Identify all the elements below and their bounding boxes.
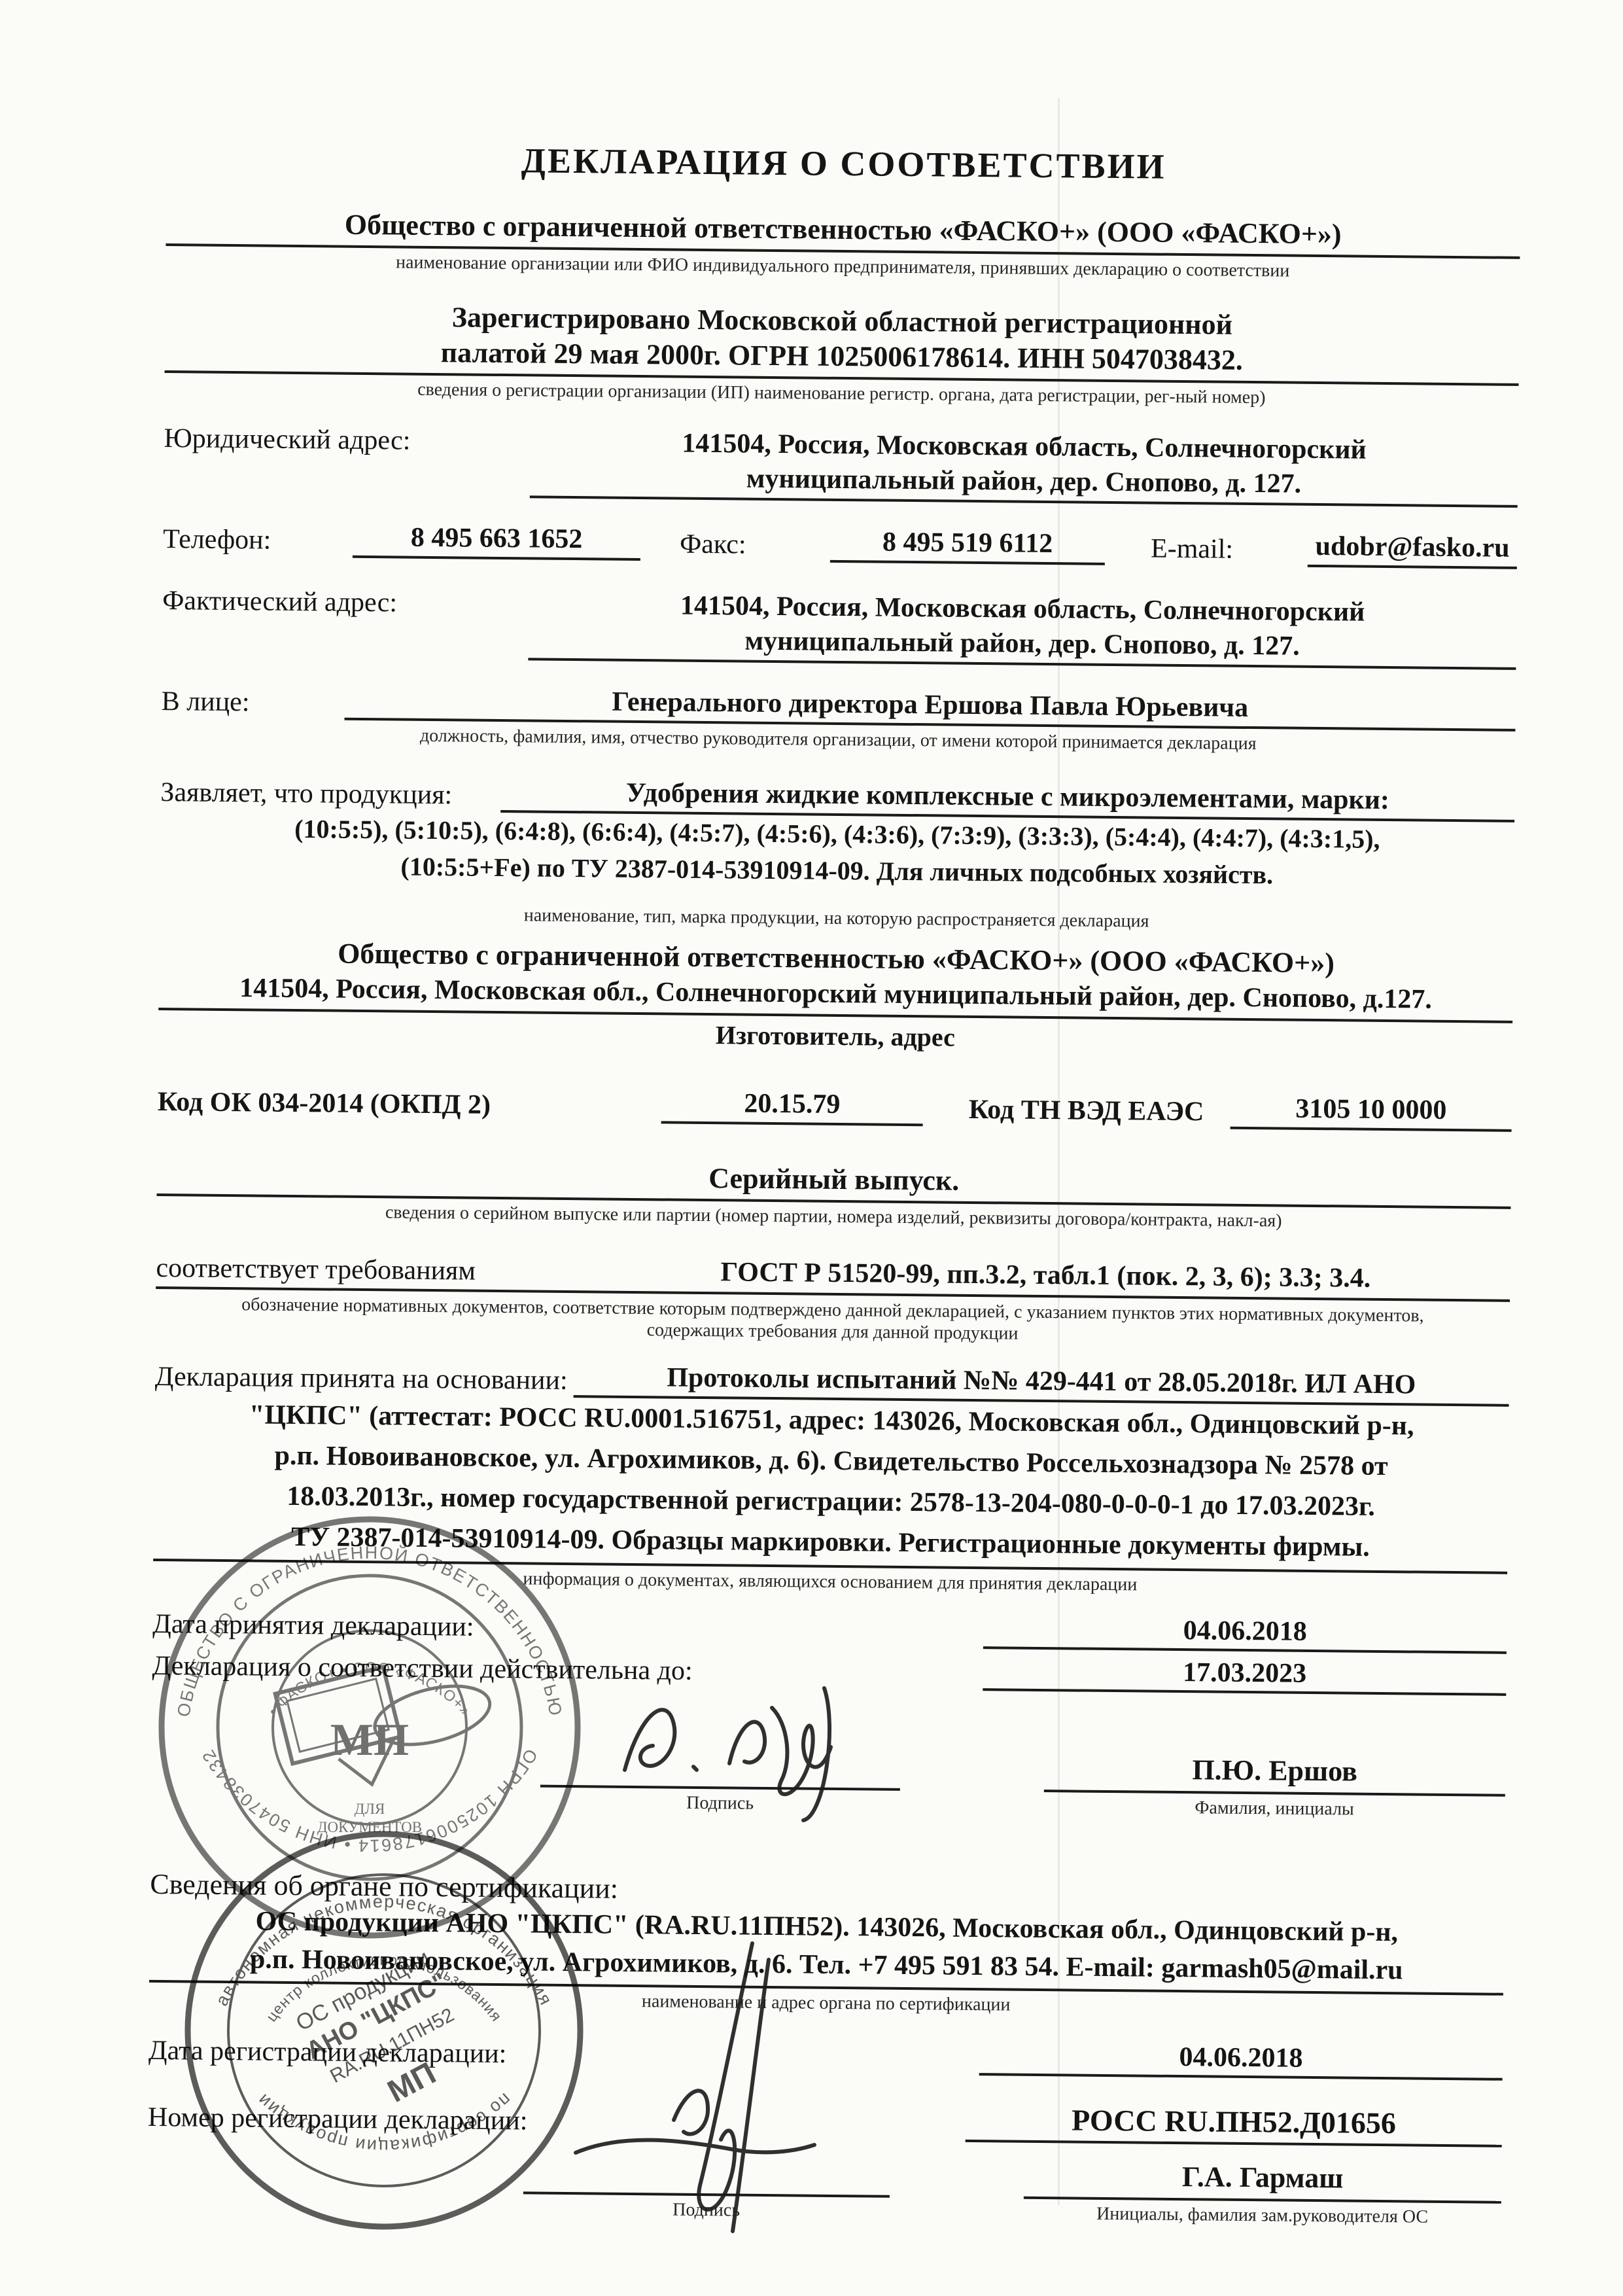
tnved-code-value: 3105 10 0000 xyxy=(1230,1091,1512,1132)
scanned-declaration-page: ДЕКЛАРАЦИЯ О СООТВЕТСТВИИ Общество с огр… xyxy=(0,0,1623,2296)
adoption-date-label: Дата принятия декларации: xyxy=(152,1607,474,1644)
fax-label: Факс: xyxy=(640,527,830,563)
legal-address-row: Юридический адрес: 141504, Россия, Моско… xyxy=(164,421,1518,508)
stamp1-space xyxy=(151,1809,540,1812)
registration-number-label: Номер регистрации декларации: xyxy=(148,2100,528,2138)
basis-label: Декларация принята на основании: xyxy=(155,1360,574,1398)
signature2-line xyxy=(523,2144,890,2197)
signature-block-1: Подпись П.Ю. Ершов Фамилия, инициалы xyxy=(151,1683,1507,1822)
stamp2-space xyxy=(147,2216,523,2219)
email-label: E-mail: xyxy=(1105,531,1308,567)
okpd-code-value: 20.15.79 xyxy=(661,1086,924,1126)
signature1-name: П.Ю. Ершов xyxy=(1044,1752,1506,1797)
requirements-label: соответствует требованиям xyxy=(156,1251,581,1289)
phone-label: Телефон: xyxy=(163,522,353,558)
name1-column: П.Ю. Ершов Фамилия, инициалы xyxy=(899,1750,1505,1822)
legal-address-label: Юридический адрес: xyxy=(164,421,530,459)
signature1-line xyxy=(540,1687,901,1791)
signature2-name: Г.А. Гармаш xyxy=(1024,2159,1502,2204)
serial-value: Серийный выпуск. xyxy=(157,1156,1511,1204)
product-label: Заявляет, что продукция: xyxy=(160,775,500,813)
actual-address-value: 141504, Россия, Московская область, Солн… xyxy=(528,587,1516,669)
actual-address-label: Фактический адрес: xyxy=(162,584,529,621)
registration-date-spacer xyxy=(506,2071,979,2075)
signature-block-2: Подпись Г.А. Гармаш Инициалы, фамилия за… xyxy=(147,2141,1502,2229)
registration-number-value: РОСС RU.ПН52.Д01656 xyxy=(966,2102,1503,2147)
adoption-date-row: Дата принятия декларации: 04.06.2018 xyxy=(152,1604,1507,1654)
actual-address-row: Фактический адрес: 141504, Россия, Моско… xyxy=(162,584,1516,670)
okpd-code-label: Код ОК 034-2014 (ОКПД 2) xyxy=(158,1085,661,1123)
valid-until-value: 17.03.2023 xyxy=(983,1654,1507,1696)
legal-address-value: 141504, Россия, Московская область, Солн… xyxy=(530,425,1518,507)
registration-number-spacer xyxy=(527,2138,966,2142)
registration-date-label: Дата регистрации декларации: xyxy=(148,2034,507,2071)
registration-date-value: 04.06.2018 xyxy=(979,2039,1503,2081)
representative-label: В лице: xyxy=(162,684,345,720)
signature1-caption: Подпись xyxy=(540,1791,899,1816)
name2-column: Г.А. Гармаш Инициалы, фамилия зам.руково… xyxy=(889,2157,1501,2229)
name2-box: Г.А. Гармаш Инициалы, фамилия зам.руково… xyxy=(1023,2159,1501,2229)
codes-row: Код ОК 034-2014 (ОКПД 2) 20.15.79 Код ТН… xyxy=(158,1081,1512,1132)
declarant-name: Общество с ограниченной ответственностью… xyxy=(166,205,1520,254)
signature1-column: Подпись xyxy=(540,1687,901,1816)
email-value: udobr@fasko.ru xyxy=(1308,529,1518,569)
contacts-row: Телефон: 8 495 663 1652 Факс: 8 495 519 … xyxy=(163,518,1517,569)
registration-date-row: Дата регистрации декларации: 04.06.2018 xyxy=(148,2031,1503,2081)
document-content: ДЕКЛАРАЦИЯ О СООТВЕТСТВИИ Общество с огр… xyxy=(147,137,1521,2229)
requirements-row: соответствует требованиям ГОСТ Р 51520-9… xyxy=(156,1250,1510,1302)
signature2-name-caption: Инициалы, фамилия зам.руководителя ОС xyxy=(1023,2202,1501,2229)
adoption-date-value: 04.06.2018 xyxy=(983,1612,1507,1654)
representative-value: Генерального директора Ершова Павла Юрье… xyxy=(345,682,1516,732)
valid-until-label: Декларация о соответствии действительна … xyxy=(152,1649,693,1688)
adoption-date-spacer xyxy=(474,1644,983,1649)
name1-box: П.Ю. Ершов Фамилия, инициалы xyxy=(1043,1752,1505,1822)
document-title: ДЕКЛАРАЦИЯ О СООТВЕТСТВИИ xyxy=(166,137,1520,190)
signature1-name-caption: Фамилия, инициалы xyxy=(1043,1795,1505,1822)
requirements-value: ГОСТ Р 51520-99, пп.3.2, табл.1 (пок. 2,… xyxy=(581,1254,1510,1298)
signature2-column: Подпись xyxy=(523,2144,890,2222)
fax-value: 8 495 519 6112 xyxy=(830,525,1106,565)
signature2-caption: Подпись xyxy=(523,2197,890,2222)
phone-value: 8 495 663 1652 xyxy=(353,520,641,561)
tnved-code-label: Код ТН ВЭД ЕАЭС xyxy=(923,1092,1230,1129)
registration-number-row: Номер регистрации декларации: РОСС RU.ПН… xyxy=(148,2094,1502,2147)
product-caption: наименование, тип, марка продукции, на к… xyxy=(160,901,1514,936)
